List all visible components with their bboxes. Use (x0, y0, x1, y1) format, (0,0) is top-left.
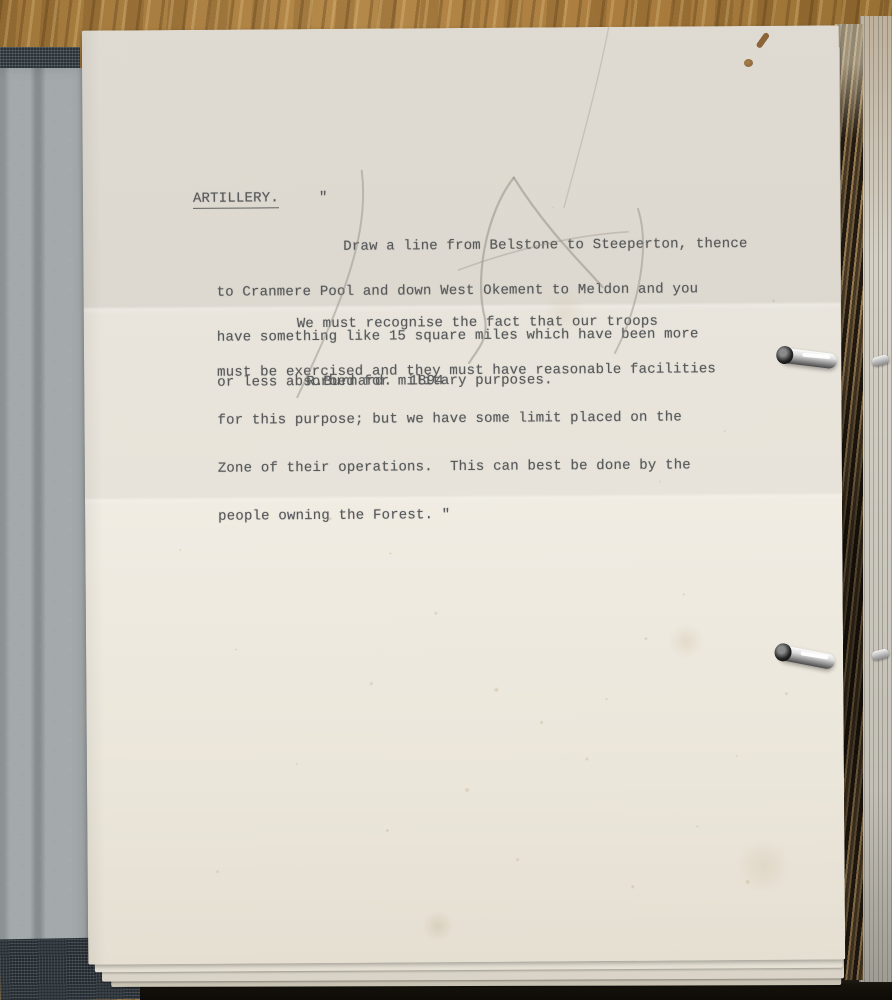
typed-line: We must recognise the fact that our troo… (217, 313, 716, 332)
binder-photo: ARTILLERY." Draw a line from Belstone to… (0, 0, 892, 1000)
attribution: R.Burnard. 1894 (306, 374, 444, 390)
document-heading: ARTILLERY. (193, 190, 279, 209)
ink-stain-top-right (755, 32, 770, 49)
typed-line: for this purpose; but we have some limit… (217, 409, 716, 428)
typed-line: Draw a line from Belstone to Steeperton,… (216, 237, 747, 256)
heading-line: ARTILLERY." (193, 191, 328, 207)
right-page-stack (859, 16, 892, 982)
typed-line: must be exercised and they must have rea… (217, 361, 716, 380)
felt-lining (0, 68, 93, 960)
document-page: ARTILLERY." Draw a line from Belstone to… (82, 25, 846, 964)
opening-quote-mark: " (279, 190, 328, 206)
typed-line: people owning the Forest. " (218, 505, 717, 524)
ink-spot (744, 59, 753, 67)
typed-line: Zone of their operations. This can best … (218, 457, 717, 476)
paragraph-2: We must recognise the fact that our troo… (217, 281, 718, 556)
